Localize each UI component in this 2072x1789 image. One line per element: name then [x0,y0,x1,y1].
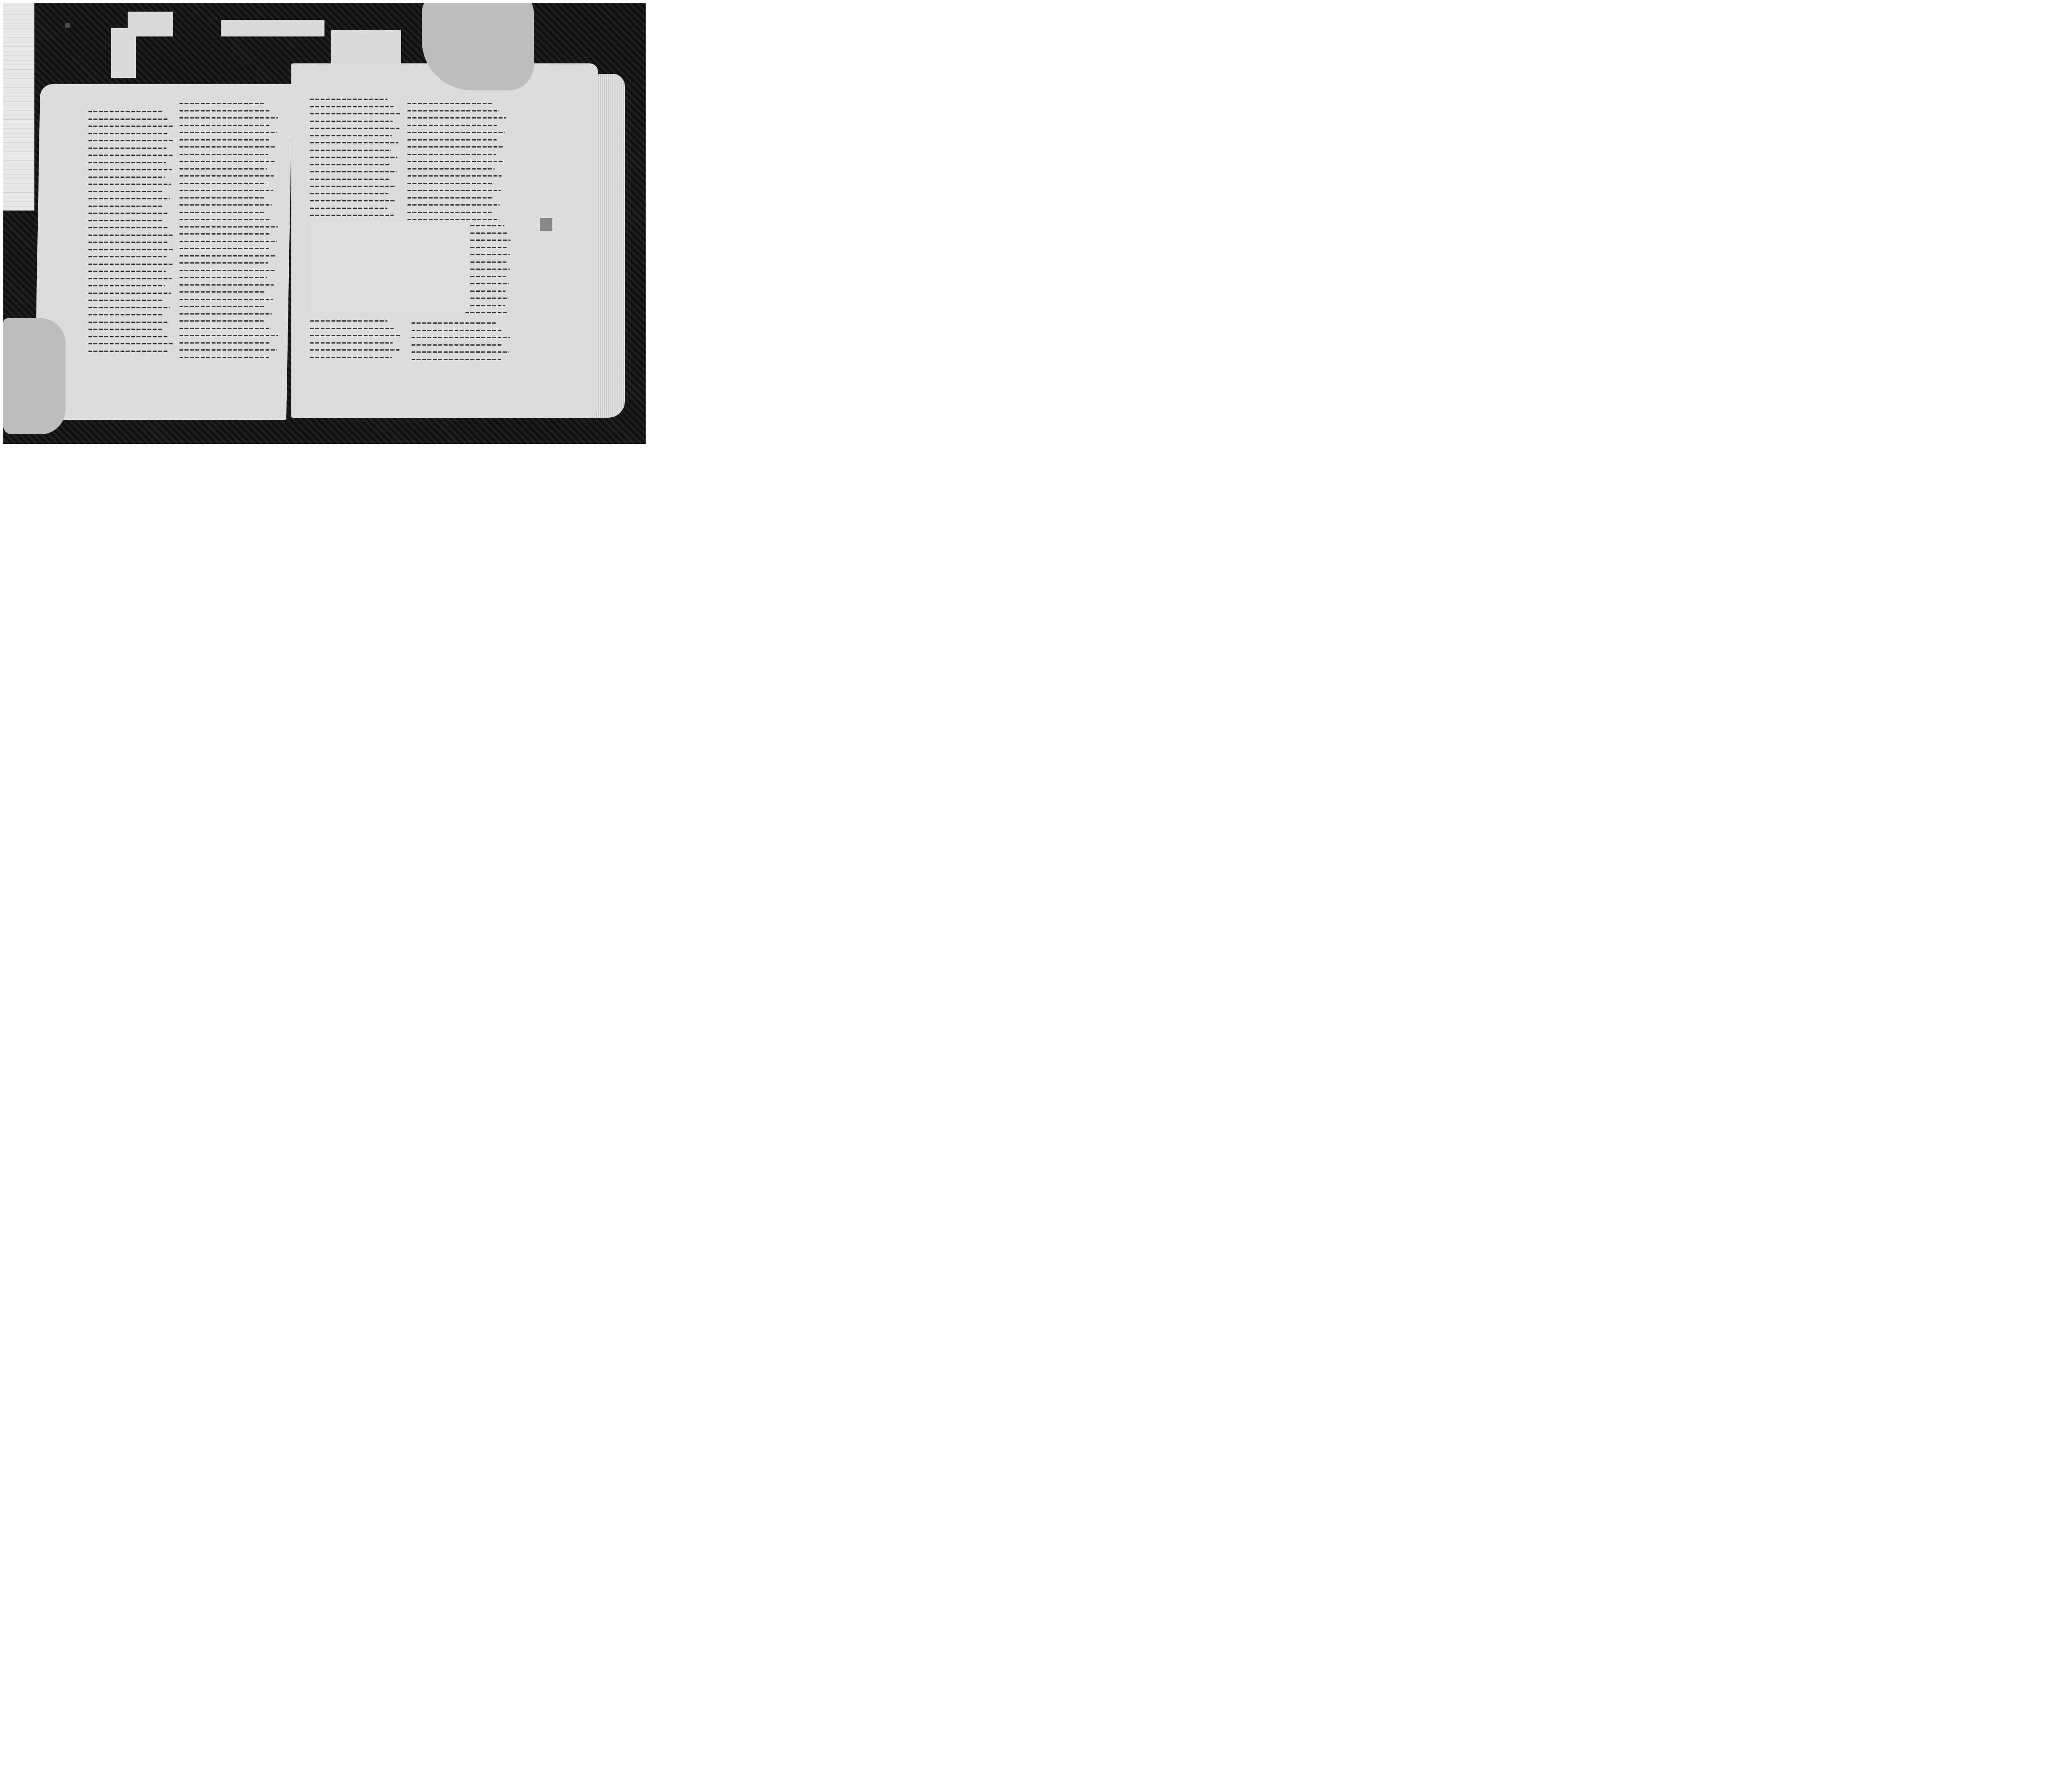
script-line [88,111,162,112]
script-line [465,276,506,277]
script-line [179,320,264,322]
script-line [411,322,496,324]
script-line [88,184,171,185]
script-line [407,190,501,191]
script-line [310,113,400,114]
script-line [407,154,496,155]
script-line [310,349,399,351]
script-line [88,271,166,272]
paper-slip-top [221,20,324,36]
script-line [88,322,169,323]
script-line [88,242,167,243]
right-page-column-1 [310,99,401,222]
person-sleeve [3,3,34,211]
script-line [465,305,505,306]
script-line [179,277,267,278]
script-line [407,212,492,213]
script-line [310,135,392,136]
script-line [88,169,172,170]
script-line [310,335,400,336]
script-line [411,359,501,360]
script-line [88,155,173,156]
script-line [179,299,273,300]
script-line [179,190,273,191]
script-line [179,212,264,213]
script-line [310,157,397,158]
script-line [88,285,165,286]
script-line [179,175,274,177]
script-line [179,204,272,206]
script-line [179,117,278,119]
script-line [88,140,174,141]
script-line [310,320,387,322]
script-line [310,193,388,194]
script-line [88,133,167,134]
paper-slip-left [128,12,173,36]
script-line [88,293,171,294]
script-line [310,179,389,180]
script-line [407,117,506,119]
left-page-column-2 [179,103,279,364]
script-line [465,283,509,284]
script-line [88,191,164,192]
script-line [407,197,493,199]
script-line [88,227,168,228]
script-line [407,103,492,104]
script-line [465,240,511,241]
script-line [88,314,163,315]
script-line [407,183,494,184]
script-line [179,284,274,286]
script-line [407,168,495,169]
script-line [88,177,165,178]
script-line [310,150,391,151]
script-line [88,329,162,330]
script-line [88,235,174,236]
script-line [310,164,390,165]
script-line [179,168,267,169]
script-line [88,119,168,120]
script-line [179,270,275,271]
script-line [407,110,499,111]
script-line [88,213,169,214]
script-line [465,232,507,234]
script-line [179,335,278,336]
script-line [88,162,166,163]
script-line [465,312,508,313]
script-line [179,183,266,184]
script-line [179,291,266,293]
script-line [310,357,392,358]
script-line [88,278,172,279]
script-line [465,291,506,292]
right-page-column-2-bottom [411,322,511,366]
script-line [465,247,507,248]
right-page-column-1-bottom [310,320,401,364]
script-line [179,255,276,257]
script-line [179,146,276,148]
script-line [310,106,394,107]
script-line [179,161,275,162]
script-line [179,219,271,220]
script-line [179,349,277,351]
script-line [88,256,167,257]
script-line [179,306,265,307]
hand-top-right [422,3,534,90]
script-line [310,200,395,201]
script-line [310,171,397,172]
script-line [407,219,499,220]
script-line [179,139,269,140]
left-page-column-1 [88,111,175,358]
script-line [411,344,502,346]
script-line [407,146,504,148]
script-line [88,300,164,301]
script-line [88,220,162,221]
script-line [179,125,270,126]
script-line [407,204,500,206]
script-line [465,269,510,270]
script-line [465,261,506,263]
script-line [179,110,271,111]
script-line [407,132,505,133]
script-line [88,126,174,127]
script-line [88,307,170,308]
script-line [310,142,398,143]
script-line [179,248,269,249]
script-line [179,197,265,199]
script-line [407,125,498,126]
script-line [88,343,174,344]
script-line [179,342,270,344]
script-line [407,175,502,177]
script-line [310,342,393,344]
script-line [310,328,394,329]
photo-frame [3,3,646,444]
script-line [465,254,510,255]
script-line [88,148,167,149]
script-line [88,264,173,265]
script-line [411,351,509,353]
script-line [465,225,504,226]
script-line [310,128,399,129]
script-line [411,330,503,331]
script-line [179,103,264,104]
script-line [179,313,272,315]
script-line [179,328,271,329]
hand-bottom-left [3,318,65,434]
script-line [310,99,387,100]
script-line [88,336,168,337]
script-line [179,132,277,133]
script-line [179,241,277,242]
script-line [179,262,268,264]
script-line [310,215,394,216]
stain-mark [540,218,552,231]
script-line [179,154,268,155]
script-line [411,337,510,338]
script-line [88,198,170,199]
script-line [310,208,387,209]
script-line [88,351,167,352]
right-page-column-2-mid [465,225,511,320]
script-line [407,139,497,140]
script-line [465,298,509,299]
right-page-column-2 [407,103,507,226]
script-line [179,357,269,358]
blank-area [310,223,470,312]
script-line [88,206,163,207]
script-line [407,161,503,162]
script-line [310,186,396,187]
script-line [179,226,278,228]
script-line [310,121,393,122]
script-line [88,249,174,250]
script-line [179,233,270,235]
